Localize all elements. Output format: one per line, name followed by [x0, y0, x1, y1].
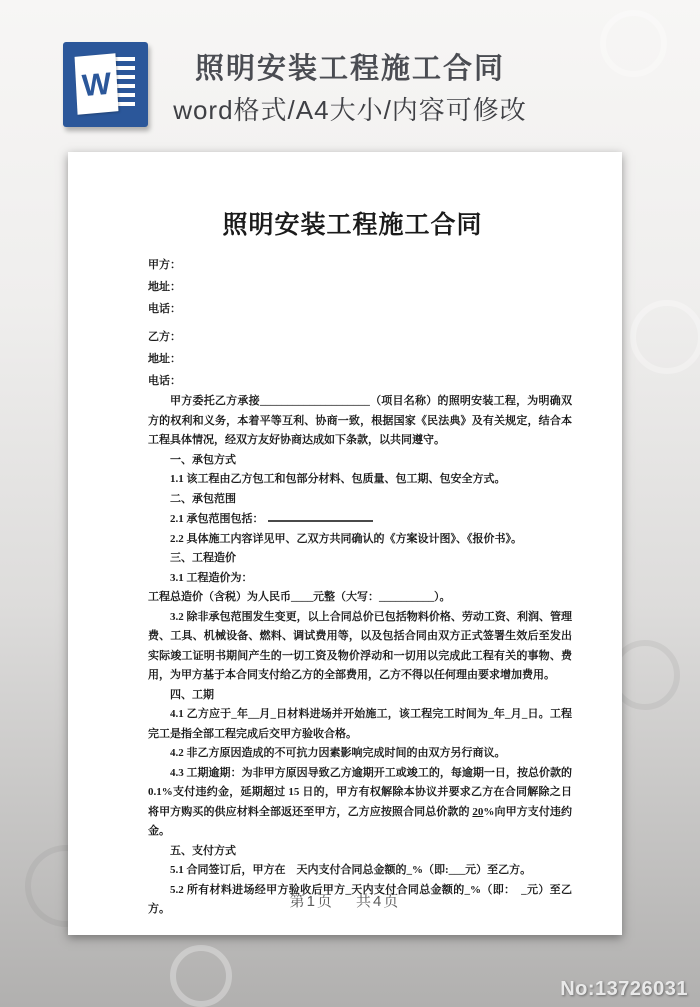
clause-2-2: 2.2 具体施工内容详见甲、乙双方共同确认的《方案设计图》、《报价书》。	[148, 530, 572, 550]
section-2-heading: 二、承包范围	[148, 490, 572, 510]
intro-paragraph: 甲方委托乙方承接____________________（项目名称）的照明安装工…	[148, 392, 572, 451]
section-5-heading: 五、支付方式	[148, 842, 572, 862]
section-3-heading: 三、工程造价	[148, 549, 572, 569]
clause-4-2: 4.2 非乙方原因造成的不可抗力因素影响完成时间的由双方另行商议。	[148, 744, 572, 764]
clause-4-3-underlined-value: 20	[472, 806, 483, 818]
party-b-name-label: 乙方：	[148, 326, 572, 348]
clause-3-2: 3.2 除非承包范围发生变更，以上合同总价已包括物料价格、劳动工资、利润、管理费…	[148, 608, 572, 686]
party-b-address-label: 地址：	[148, 348, 572, 370]
stock-number-label: No:13726031	[560, 978, 688, 1001]
clause-2-1-text: 2.1 承包范围包括：	[170, 513, 264, 525]
party-a-name-label: 甲方：	[148, 254, 572, 276]
clause-2-1: 2.1 承包范围包括：	[148, 509, 572, 530]
party-b-phone-label: 电话：	[148, 370, 572, 392]
template-subtitle: word格式/A4大小/内容可修改	[0, 90, 700, 127]
fill-in-blank-line	[268, 509, 373, 522]
clause-5-1: 5.1 合同签订后，甲方在 天内支付合同总金额的_%（即:___元）至乙方。	[148, 861, 572, 881]
party-a-phone-label: 电话：	[148, 298, 572, 320]
total-pages-label: 共4页	[356, 893, 400, 910]
page-number-footer: 第1页共4页	[68, 890, 622, 911]
document-body: 照明安装工程施工合同 甲方： 地址： 电话： 乙方： 地址： 电话： 甲方委托乙…	[68, 152, 622, 920]
clause-4-3: 4.3 工期逾期：为非甲方原因导致乙方逾期开工或竣工的，每逾期一日，按总价款的0…	[148, 764, 572, 842]
watermark	[170, 945, 232, 1007]
header: W 照明安装工程施工合同 word格式/A4大小/内容可修改	[0, 0, 700, 150]
template-preview: W 照明安装工程施工合同 word格式/A4大小/内容可修改 照明安装工程施工合…	[0, 0, 700, 1007]
contract-title: 照明安装工程施工合同	[133, 210, 572, 242]
clause-4-1: 4.1 乙方应于_年__月_日材料进场并开始施工，该工程完工时间为_年_月_日。…	[148, 705, 572, 744]
section-1-heading: 一、承包方式	[148, 451, 572, 471]
party-a-address-label: 地址：	[148, 276, 572, 298]
section-4-heading: 四、工期	[148, 686, 572, 706]
clause-3-1: 3.1 工程造价为：	[148, 569, 572, 589]
watermark	[630, 300, 700, 374]
template-title: 照明安装工程施工合同	[0, 46, 700, 87]
document-page: 照明安装工程施工合同 甲方： 地址： 电话： 乙方： 地址： 电话： 甲方委托乙…	[68, 152, 622, 935]
clause-3-1-detail: 工程总造价（含税）为人民币____元整（大写：__________）。	[148, 588, 572, 608]
clause-1-1: 1.1 该工程由乙方包工和包部分材料、包质量、包工期、包安全方式。	[148, 470, 572, 490]
current-page-label: 第1页	[290, 893, 334, 910]
